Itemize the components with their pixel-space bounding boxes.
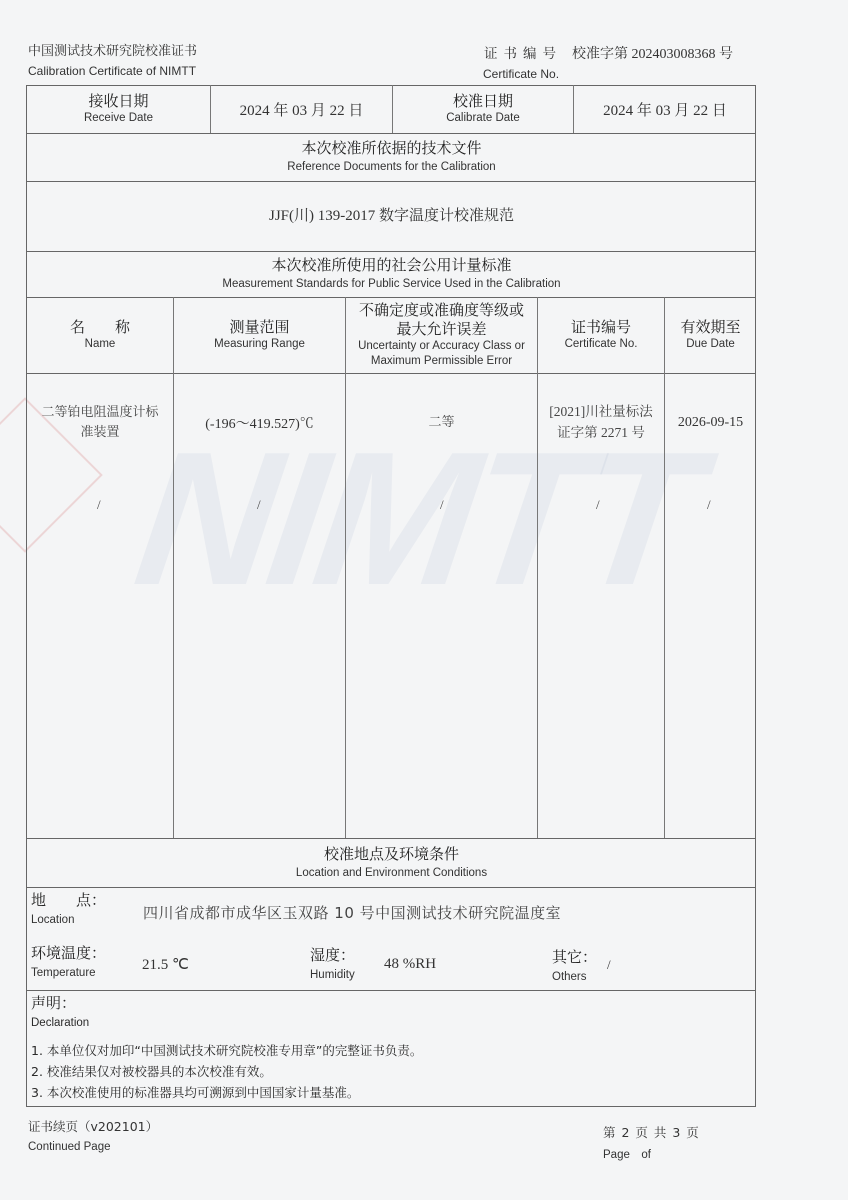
cert-no-value: 校准字第 202403008368 号 [572, 47, 733, 62]
others-value: / [607, 957, 611, 973]
receive-date-value: 2024 年 03 月 22 日 [211, 86, 392, 133]
divider [664, 297, 665, 838]
col-header-due-date: 有效期至 Due Date [665, 298, 756, 373]
col-header-name: 名 称 Name [27, 298, 173, 373]
col-header-cert-no: 证书编号 Certificate No. [538, 298, 664, 373]
org-title-en: Calibration Certificate of NIMTT [28, 64, 196, 78]
table-row-1-uncertainty: 二等 [346, 395, 537, 451]
table-row-2-due-date: / [707, 497, 711, 513]
humidity-value: 48 %RH [384, 956, 436, 973]
temperature-label: 环境温度： Temperature [31, 944, 106, 981]
table-row-2-range: / [257, 497, 261, 513]
divider [26, 373, 756, 374]
location-value: 四川省成都市成华区玉双路 10 号中国测试技术研究院温度室 [143, 902, 561, 923]
continued-page-label-en: Continued Page [28, 1141, 110, 1153]
humidity-label: 湿度： Humidity [310, 946, 355, 983]
table-row-1-cert-no: [2021]川社量标法 证字第 2271 号 [538, 395, 664, 451]
location-env-title: 校准地点及环境条件 Location and Environment Condi… [27, 839, 756, 887]
divider [537, 297, 538, 838]
cert-no-label-en: Certificate No. [483, 67, 559, 81]
divider [26, 1106, 756, 1107]
table-row-2-uncertainty: / [440, 497, 444, 513]
declaration-item: 2. 校准结果仅对被校器具的本次校准有效。 [31, 1062, 272, 1080]
divider [26, 887, 756, 888]
divider [26, 990, 756, 991]
table-row-1-due-date: 2026-09-15 [665, 395, 756, 451]
table-row-2-name: / [97, 497, 101, 513]
declaration-title: 声明： [31, 992, 76, 1013]
table-row-2-cert-no: / [596, 497, 600, 513]
standards-title: 本次校准所使用的社会公用计量标准 Measurement Standards f… [27, 252, 756, 297]
others-label: 其它： Others [552, 948, 597, 985]
table-row-1-name: 二等铂电阻温度计标 准装置 [27, 395, 173, 451]
receive-date-label: 接收日期 Receive Date [27, 86, 210, 133]
reference-doc-value: JJF(川) 139-2017 数字温度计校准规范 [27, 182, 756, 251]
calibrate-date-label: 校准日期 Calibrate Date [393, 86, 573, 133]
temperature-value: 21.5 ℃ [142, 955, 189, 974]
col-header-uncertainty: 不确定度或准确度等级或 最大允许误差 Uncertainty or Accura… [346, 298, 537, 373]
cert-no-label: 证书编号 [484, 46, 562, 62]
certificate-number: 证书编号校准字第 202403008368 号 [484, 42, 733, 63]
divider [173, 297, 174, 838]
col-header-range: 测量范围 Measuring Range [174, 298, 345, 373]
table-row-1-range: (-196～419.527)℃ [174, 395, 345, 451]
declaration-item: 1. 本单位仅对加印“中国测试技术研究院校准专用章”的完整证书负责。 [31, 1041, 422, 1059]
org-title-cn: 中国测试技术研究院校准证书 [28, 40, 197, 59]
reference-docs-title: 本次校准所依据的技术文件 Reference Documents for the… [27, 134, 756, 181]
page-number: 第 2 页 共 3 页 [603, 1123, 700, 1141]
location-label: 地 点： Location [31, 891, 106, 928]
declaration-title-en: Declaration [31, 1017, 89, 1029]
page-number-en: Page of [603, 1146, 651, 1162]
declaration-item: 3. 本次校准使用的标准器具均可溯源到中国国家计量基准。 [31, 1083, 359, 1101]
calibrate-date-value: 2024 年 03 月 22 日 [574, 86, 756, 133]
divider [345, 297, 346, 838]
continued-page-label: 证书续页（v202101） [28, 1117, 158, 1135]
